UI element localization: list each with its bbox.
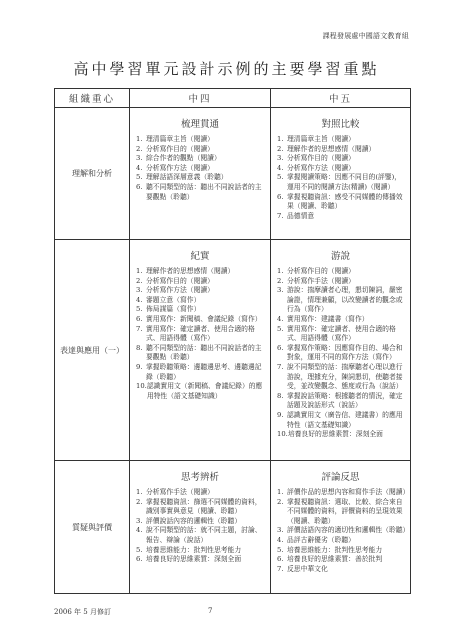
item-text: 培養良好的思維素質：深刻全面: [288, 430, 406, 440]
item-text: 分析寫作方法（閱讀）: [287, 164, 406, 174]
list-item: 3.綜合作者的觀點（閱讀）: [136, 154, 266, 164]
item-number: 1.: [136, 488, 146, 498]
learning-points-list: 1.理解作者的思想感情（閱讀）2.分析寫作目的（閱讀）3.分析寫作方法（閱讀）4…: [130, 267, 270, 405]
item-number: 4.: [136, 164, 146, 174]
s4-cell: 思考辨析1.分析寫作手法（閱讀）2.掌握視聽資訊：篩選不同媒體的資料，識別事實與…: [130, 461, 271, 594]
list-item: 5.理解話語深層意義（聆聽）: [136, 173, 266, 183]
page-number: 7: [208, 607, 212, 615]
unit-title: 游說: [271, 248, 410, 262]
item-text: 分析寫作目的（閱讀）: [146, 145, 266, 155]
list-item: 5.培養思維能力：批判性思考能力: [136, 546, 266, 556]
item-number: 3.: [277, 154, 287, 164]
item-number: 5.: [277, 546, 287, 556]
item-text: 說不同類型的話：就不同主題，討論、報告、辯論（說話）: [146, 526, 266, 545]
item-text: 培養思維能力：批判性思考能力: [287, 546, 406, 556]
focus-label: 表達與應用（一）: [55, 240, 130, 461]
item-number: 7.: [277, 363, 287, 392]
list-item: 6.培養良好的思維素質：深刻全面: [136, 555, 266, 565]
item-number: 6.: [136, 183, 146, 202]
item-text: 實用寫作：確定讀者、使用合適的格式、用語得體（寫作）: [287, 325, 406, 344]
list-item: 6.掌握寫作策略：因應寫作目的、場合和對象，運用不同的寫作方法（寫作）: [277, 344, 406, 363]
list-item: 2.分析寫作目的（閱讀）: [136, 277, 266, 287]
item-text: 分析寫作方法（閱讀）: [146, 164, 266, 174]
item-number: 9.: [277, 411, 287, 430]
item-text: 綜合作者的觀點（閱讀）: [146, 154, 266, 164]
item-number: 1.: [136, 267, 146, 277]
list-item: 1.分析寫作目的（閱讀）: [277, 267, 406, 277]
list-item: 3.評價說話內容的邏輯性（聆聽）: [136, 517, 266, 527]
item-number: 2.: [136, 145, 146, 155]
item-text: 理清篇章主旨（閱讀）: [287, 135, 406, 145]
list-item: 3.分析寫作目的（閱讀）: [277, 154, 406, 164]
table-header-row: 組織重心 中四 中五: [55, 89, 411, 108]
item-text: 分析寫作手法（閱讀）: [287, 277, 406, 287]
list-item: 5.佈局謀篇（寫作）: [136, 305, 266, 315]
item-number: 4.: [277, 164, 287, 174]
learning-points-list: 1.評價作品的思想內容和寫作手法（閱讀）2.掌握視聽資訊：選取、比較、綜合來自不…: [271, 488, 410, 578]
item-number: 1.: [277, 488, 287, 498]
item-text: 掌握寫作策略：因應寫作目的、場合和對象，運用不同的寫作方法（寫作）: [287, 344, 406, 363]
list-item: 3.分析寫作方法（閱讀）: [136, 286, 266, 296]
item-text: 反思中華文化: [287, 565, 406, 575]
list-item: 2.分析寫作手法（閱讀）: [277, 277, 406, 287]
item-number: 5.: [277, 173, 287, 192]
item-text: 分析寫作目的（閱讀）: [287, 267, 406, 277]
list-item: 1.理解作者的思想感情（閱讀）: [136, 267, 266, 277]
list-item: 8.掌握說話策略：根據聽者的情況，確定話題及說話形式（說話）: [277, 392, 406, 411]
list-item: 4.品評古辭優劣（聆聽）: [277, 536, 406, 546]
list-item: 8.聽不同類型的話：聽出不同說話者的主要觀點（聆聽）: [136, 344, 266, 363]
list-item: 6.掌握視聽資訊：感受不同媒體的傳播效果（閱讀、聆聽）: [277, 193, 406, 212]
item-number: 3.: [136, 517, 146, 527]
list-item: 6.培養良好的思維素質：善於批判: [277, 555, 406, 565]
list-item: 1.評價作品的思想內容和寫作手法（閱讀）: [277, 488, 406, 498]
s5-cell: 對照比較1.理清篇章主旨（閱讀）2.理解作者的思想感情（閱讀）3.分析寫作目的（…: [271, 108, 411, 240]
list-item: 1.理清篇章主旨（閱讀）: [277, 135, 406, 145]
item-text: 分析寫作手法（閱讀）: [146, 488, 266, 498]
page-title: 高中學習單元設計示例的主要學習重點: [0, 58, 453, 79]
learning-points-list: 1.理清篇章主旨（閱讀）2.分析寫作目的（閱讀）3.綜合作者的觀點（閱讀）4.分…: [130, 135, 270, 206]
item-number: 2.: [277, 277, 287, 287]
list-item: 4.分析寫作方法（閱讀）: [277, 164, 406, 174]
item-text: 掌握視聽資訊：選取、比較、綜合來自不同媒體的資料，評價資料的呈現效果（閱讀、聆聽…: [287, 498, 406, 527]
item-number: 7.: [136, 325, 146, 344]
item-number: 1.: [136, 135, 146, 145]
item-text: 掌握閱讀策略：因應不同目的(評鑒)，運用不同的閱讀方法(精讀)（閱讀）: [287, 173, 406, 192]
item-text: 掌握視聽資訊：感受不同媒體的傳播效果（閱讀、聆聽）: [287, 193, 406, 212]
list-item: 9.掌握聆聽策略：邊聽邊思考、邊聽邊記錄（聆聽）: [136, 363, 266, 382]
list-item: 5.掌握閱讀策略：因應不同目的(評鑒)，運用不同的閱讀方法(精讀)（閱讀）: [277, 173, 406, 192]
item-number: 6.: [277, 555, 287, 565]
item-number: 1.: [277, 135, 287, 145]
list-item: 3.評價話語內容的適切性和邏輯性（聆聽）: [277, 526, 406, 536]
table-row: 理解和分析梳理貫通1.理清篇章主旨（閱讀）2.分析寫作目的（閱讀）3.綜合作者的…: [55, 108, 411, 240]
item-number: 4.: [136, 296, 146, 306]
organization-label: 課程發展處中國語文教育組: [323, 31, 409, 41]
item-text: 掌握說話策略：根據聽者的情況，確定話題及說話形式（說話）: [287, 392, 406, 411]
item-number: 6.: [136, 555, 146, 565]
item-number: 8.: [136, 344, 146, 363]
item-text: 佈局謀篇（寫作）: [146, 305, 266, 315]
learning-points-list: 1.理清篇章主旨（閱讀）2.理解作者的思想感情（閱讀）3.分析寫作目的（閱讀）4…: [271, 135, 410, 225]
unit-title: 思考辨析: [130, 469, 270, 483]
item-number: 5.: [136, 546, 146, 556]
item-number: 4.: [277, 315, 287, 325]
item-text: 實用寫作：新聞稿、會議紀錄（寫作）: [146, 315, 266, 325]
unit-title: 梳理貫通: [130, 116, 270, 130]
list-item: 10.認識實用文（新聞稿、會議紀錄）的應用特性（語文基礎知識）: [136, 382, 266, 401]
item-text: 認識實用文（新聞稿、會議紀錄）的應用特性（語文基礎知識）: [147, 382, 266, 401]
focus-label: 質疑與評價: [55, 461, 130, 594]
list-item: 2.分析寫作目的（閱讀）: [136, 145, 266, 155]
item-text: 理解作者的思想感情（閱讀）: [287, 145, 406, 155]
item-text: 分析寫作目的（閱讀）: [146, 277, 266, 287]
column-header-s5: 中五: [271, 89, 411, 108]
item-number: 10.: [277, 430, 288, 440]
list-item: 1.理清篇章主旨（閱讀）: [136, 135, 266, 145]
list-item: 6.聽不同類型的話：聽出不同說話者的主要觀點（聆聽）: [136, 183, 266, 202]
item-text: 理清篇章主旨（閱讀）: [146, 135, 266, 145]
item-text: 評價說話內容的邏輯性（聆聽）: [146, 517, 266, 527]
s4-cell: 梳理貫通1.理清篇章主旨（閱讀）2.分析寫作目的（閱讀）3.綜合作者的觀點（閱讀…: [130, 108, 271, 240]
item-text: 理解作者的思想感情（閱讀）: [146, 267, 266, 277]
list-item: 1.分析寫作手法（閱讀）: [136, 488, 266, 498]
item-text: 掌握聆聽策略：邊聽邊思考、邊聽邊記錄（聆聽）: [146, 363, 266, 382]
item-text: 品評古辭優劣（聆聽）: [287, 536, 406, 546]
learning-focus-table: 組織重心 中四 中五 理解和分析梳理貫通1.理清篇章主旨（閱讀）2.分析寫作目的…: [54, 88, 411, 594]
item-text: 認識實用文（廣告信、建議書）的應用特性（語文基礎知識）: [287, 411, 406, 430]
item-text: 培養良好的思維素質：深刻全面: [146, 555, 266, 565]
list-item: 4.說不同類型的話：就不同主題，討論、報告、辯論（說話）: [136, 526, 266, 545]
unit-title: 評論反思: [271, 469, 410, 483]
item-number: 5.: [136, 173, 146, 183]
item-number: 1.: [277, 267, 287, 277]
item-text: 評價話語內容的適切性和邏輯性（聆聽）: [287, 526, 406, 536]
item-text: 實用寫作：建議書（寫作）: [287, 315, 406, 325]
item-number: 9.: [136, 363, 146, 382]
s5-cell: 游說1.分析寫作目的（閱讀）2.分析寫作手法（閱讀）3.游說：揣摩讀者心理，懇切…: [271, 240, 411, 461]
list-item: 7.品德情意: [277, 212, 406, 222]
item-number: 6.: [277, 193, 287, 212]
unit-title: 對照比較: [271, 116, 410, 130]
item-text: 品德情意: [287, 212, 406, 222]
item-text: 聽不同類型的話：聽出不同說話者的主要觀點（聆聽）: [146, 183, 266, 202]
item-text: 評價作品的思想內容和寫作手法（閱讀）: [287, 488, 406, 498]
list-item: 6.實用寫作：新聞稿、會議紀錄（寫作）: [136, 315, 266, 325]
table-row: 表達與應用（一）紀實1.理解作者的思想感情（閱讀）2.分析寫作目的（閱讀）3.分…: [55, 240, 411, 461]
list-item: 7.反思中華文化: [277, 565, 406, 575]
item-number: 3.: [136, 286, 146, 296]
s4-cell: 紀實1.理解作者的思想感情（閱讀）2.分析寫作目的（閱讀）3.分析寫作方法（閱讀…: [130, 240, 271, 461]
list-item: 4.實用寫作：建議書（寫作）: [277, 315, 406, 325]
list-item: 7.說不同類型的話：揣摩聽者心理以進行游說，理據充分，陳詞懇切，使聽者接受，並改…: [277, 363, 406, 392]
item-text: 說不同類型的話：揣摩聽者心理以進行游說，理據充分，陳詞懇切，使聽者接受，並改變觀…: [287, 363, 406, 392]
learning-points-list: 1.分析寫作目的（閱讀）2.分析寫作手法（閱讀）3.游說：揣摩讀者心理，懇切陳詞…: [271, 267, 410, 444]
list-item: 10.培養良好的思維素質：深刻全面: [277, 430, 406, 440]
item-text: 培養良好的思維素質：善於批判: [287, 555, 406, 565]
item-number: 5.: [136, 305, 146, 315]
item-text: 掌握視聽資訊：篩選不同媒體的資料，識別事實與意見（閱讀、聆聽）: [146, 498, 266, 517]
learning-points-list: 1.分析寫作手法（閱讀）2.掌握視聽資訊：篩選不同媒體的資料，識別事實與意見（閱…: [130, 488, 270, 569]
item-text: 游說：揣摩讀者心理，懇切陳詞，嚴密論證，情理兼顧，以改變讀者的觀念或行為（寫作）: [287, 286, 406, 315]
item-number: 3.: [277, 526, 287, 536]
column-header-focus: 組織重心: [55, 89, 130, 108]
item-number: 8.: [277, 392, 287, 411]
list-item: 9.認識實用文（廣告信、建議書）的應用特性（語文基礎知識）: [277, 411, 406, 430]
item-number: 2.: [277, 145, 287, 155]
list-item: 4.分析寫作方法（閱讀）: [136, 164, 266, 174]
item-text: 聽不同類型的話：聽出不同說話者的主要觀點（聆聽）: [146, 344, 266, 363]
item-number: 4.: [277, 536, 287, 546]
unit-title: 紀實: [130, 248, 270, 262]
list-item: 3.游說：揣摩讀者心理，懇切陳詞，嚴密論證，情理兼顧，以改變讀者的觀念或行為（寫…: [277, 286, 406, 315]
item-number: 5.: [277, 325, 287, 344]
item-number: 2.: [136, 277, 146, 287]
item-number: 7.: [277, 212, 287, 222]
focus-label: 理解和分析: [55, 108, 130, 240]
list-item: 5.培養思維能力：批判性思考能力: [277, 546, 406, 556]
item-number: 2.: [277, 498, 287, 527]
item-text: 審題立意（寫作）: [146, 296, 266, 306]
list-item: 5.實用寫作：確定讀者、使用合適的格式、用語得體（寫作）: [277, 325, 406, 344]
item-number: 4.: [136, 526, 146, 545]
item-number: 2.: [136, 498, 146, 517]
list-item: 4.審題立意（寫作）: [136, 296, 266, 306]
list-item: 2.理解作者的思想感情（閱讀）: [277, 145, 406, 155]
item-number: 3.: [136, 154, 146, 164]
list-item: 2.掌握視聽資訊：篩選不同媒體的資料，識別事實與意見（閱讀、聆聽）: [136, 498, 266, 517]
item-text: 理解話語深層意義（聆聽）: [146, 173, 266, 183]
item-text: 分析寫作目的（閱讀）: [287, 154, 406, 164]
s5-cell: 評論反思1.評價作品的思想內容和寫作手法（閱讀）2.掌握視聽資訊：選取、比較、綜…: [271, 461, 411, 594]
item-text: 分析寫作方法（閱讀）: [146, 286, 266, 296]
revision-date: 2006 年 5 月修訂: [54, 607, 111, 617]
item-number: 10.: [136, 382, 147, 401]
list-item: 2.掌握視聽資訊：選取、比較、綜合來自不同媒體的資料，評價資料的呈現效果（閱讀、…: [277, 498, 406, 527]
table-row: 質疑與評價思考辨析1.分析寫作手法（閱讀）2.掌握視聽資訊：篩選不同媒體的資料，…: [55, 461, 411, 594]
item-number: 7.: [277, 565, 287, 575]
item-number: 6.: [277, 344, 287, 363]
item-text: 實用寫作：確定讀者、使用合適的格式、用語得體（寫作）: [146, 325, 266, 344]
item-number: 6.: [136, 315, 146, 325]
column-header-s4: 中四: [130, 89, 271, 108]
item-number: 3.: [277, 286, 287, 315]
item-text: 培養思維能力：批判性思考能力: [146, 546, 266, 556]
list-item: 7.實用寫作：確定讀者、使用合適的格式、用語得體（寫作）: [136, 325, 266, 344]
